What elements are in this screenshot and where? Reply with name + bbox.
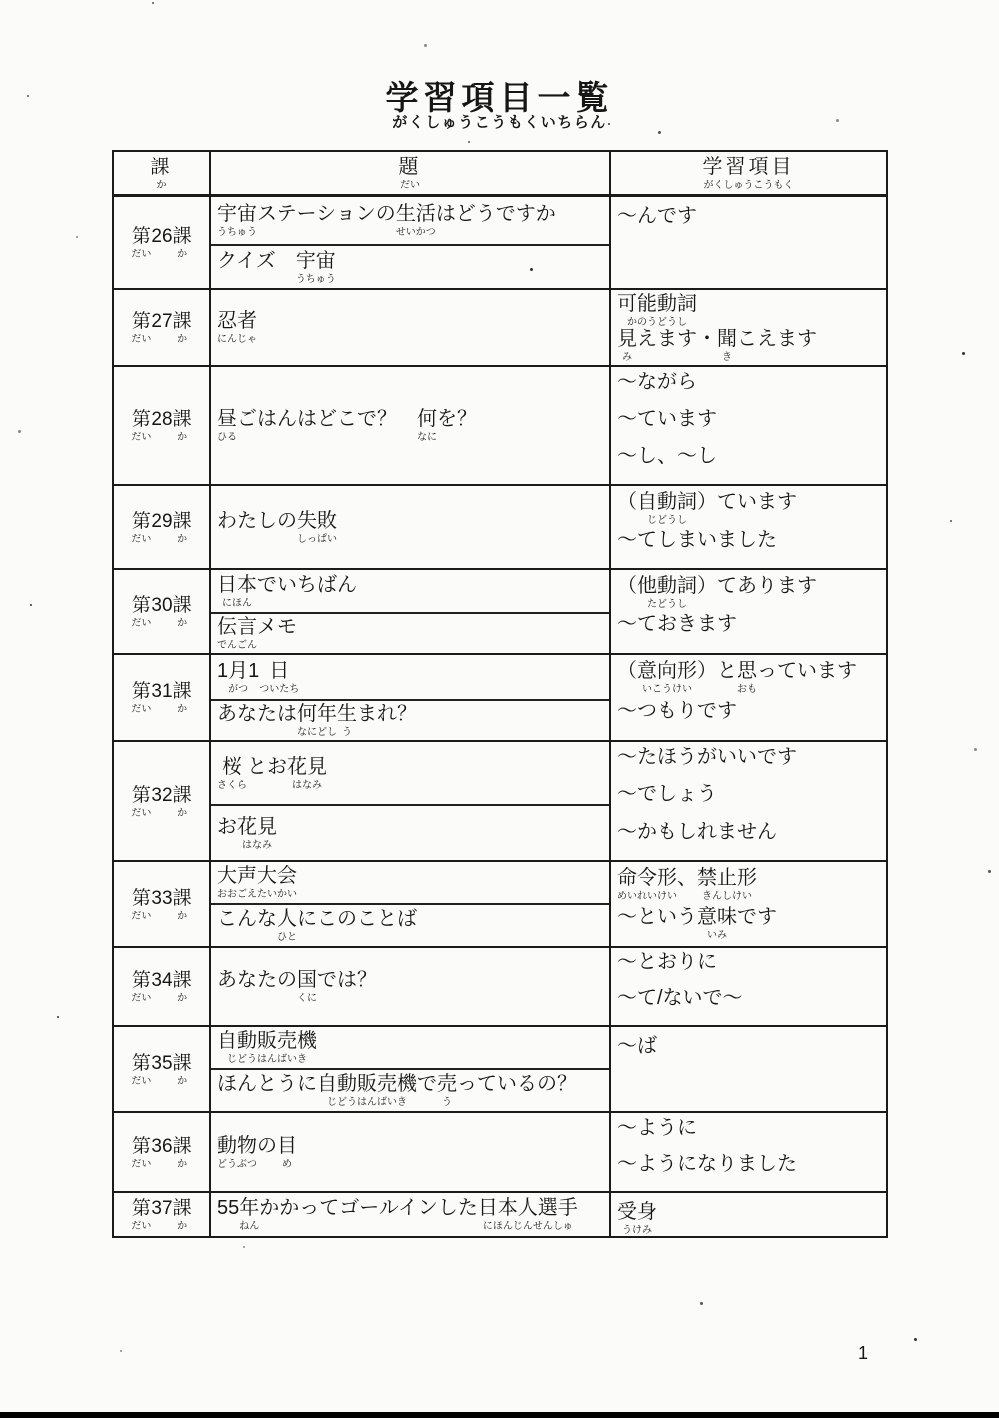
base-text: 日 xyxy=(269,660,289,683)
furigana: だい xyxy=(131,808,151,819)
furigana: きんしけい xyxy=(702,891,752,902)
furigana: せいかつ xyxy=(396,227,436,238)
text-segment: ～ば xyxy=(617,1035,657,1070)
base-text: 37 xyxy=(151,1197,172,1220)
base-text: 国 xyxy=(297,969,317,992)
base-text: 第 xyxy=(132,310,151,333)
furigana: う xyxy=(442,1097,452,1108)
title-subrow: こんな人ひとにこのことば xyxy=(211,903,609,946)
items-cell: （他動詞たどうし）てあります～ておきます xyxy=(611,570,886,653)
base-text: 第 xyxy=(132,887,151,910)
base-text: 33 xyxy=(151,887,172,910)
furigana: はなみ xyxy=(292,780,322,791)
text-segment: 聞き xyxy=(717,328,737,363)
base-text: です xyxy=(737,906,777,929)
base-text: 命令形 xyxy=(617,867,677,890)
lesson-cell: 第だい35課か xyxy=(114,1027,211,1111)
text-segment: 課か xyxy=(150,156,172,191)
text-segment: 37 xyxy=(151,1197,172,1232)
text-segment: はどうですか xyxy=(436,203,556,238)
base-text: でいちばん xyxy=(257,574,357,597)
base-text: 課 xyxy=(173,408,192,431)
text-segment: 第だい xyxy=(131,225,151,260)
text-segment: 月がつ xyxy=(228,660,248,695)
furigana: ついたち xyxy=(259,684,299,695)
text-segment: 55 xyxy=(217,1197,239,1232)
text-segment: 可能動詞かのうどうし xyxy=(617,293,697,328)
text-segment: 日本人選手にほんじんせんしゅ xyxy=(478,1197,578,1232)
base-text: 日本人選手 xyxy=(478,1197,578,1220)
base-text: 聞 xyxy=(717,328,737,351)
text-segment: 思おも xyxy=(737,660,757,695)
table-row: 第だい30課か日本にほんでいちばん伝言でんごんメモ（他動詞たどうし）てあります～… xyxy=(114,570,886,655)
learning-item: ～ておきます xyxy=(617,613,882,648)
furigana: ねん xyxy=(239,1221,259,1232)
table-row: 第だい27課か忍者にんじゃ可能動詞かのうどうし見みえます・聞きこえます xyxy=(114,290,886,367)
furigana: くに xyxy=(297,993,317,1004)
furigana: か xyxy=(177,1159,187,1170)
scan-speck xyxy=(914,1338,917,1341)
text-segment: ～つもりです xyxy=(617,700,737,735)
text-segment: ～ながら xyxy=(617,371,697,406)
lesson-cell: 第だい34課か xyxy=(114,948,211,1025)
text-segment: の xyxy=(257,1135,277,1170)
furigana: じどうはんばいき xyxy=(227,1054,307,1065)
text-segment: 、 xyxy=(677,867,697,902)
header-learning-items-column: 学習項目がくしゅうこうもく xyxy=(611,152,886,194)
text-segment: 第だい xyxy=(131,1052,151,1087)
furigana: でんごん xyxy=(217,640,257,651)
text-segment: 課か xyxy=(173,1197,192,1232)
text-segment: 売う xyxy=(437,1073,457,1108)
furigana: か xyxy=(177,432,187,443)
title-subrow: あなたは何年なにどし生うまれ？ xyxy=(211,699,609,740)
furigana: どうぶつ xyxy=(217,1159,257,1170)
text-segment: 課か xyxy=(173,510,192,545)
lesson-cell: 第だい31課か xyxy=(114,655,211,740)
base-text: 26 xyxy=(151,225,172,248)
text-segment: 受身うけみ xyxy=(617,1201,657,1236)
learning-item: （他動詞たどうし）てあります xyxy=(617,575,882,610)
header-title-column: 題だい xyxy=(211,152,611,194)
scan-speck xyxy=(468,141,470,143)
lesson-cell: 第だい29課か xyxy=(114,486,211,568)
base-text: 課 xyxy=(173,680,192,703)
text-segment: 自動販売機じどうはんばいき xyxy=(217,1030,317,1065)
text-segment: 1 xyxy=(248,660,259,695)
base-text: 花見 xyxy=(237,816,277,839)
text-segment: 課か xyxy=(173,408,192,443)
base-text: 自動販売機 xyxy=(317,1073,417,1096)
text-segment: で xyxy=(417,1073,437,1108)
base-text: 大声大会 xyxy=(217,865,297,888)
base-text: 花見 xyxy=(287,756,327,779)
scan-speck xyxy=(243,1246,245,1248)
base-text: 29 xyxy=(151,510,172,533)
table-row: 第だい32課か桜さくらとお花見はなみお花見はなみ～たほうがいいです～でしょう～か… xyxy=(114,742,886,862)
text-segment: を？ xyxy=(437,408,477,443)
base-text: ～かもしれません xyxy=(617,821,777,844)
text-segment: 日ついたち xyxy=(259,660,299,695)
base-text: えます・ xyxy=(637,328,717,351)
page-number: 1 xyxy=(858,1343,868,1364)
learning-item: 見みえます・聞きこえます xyxy=(617,328,882,363)
base-text: 題 xyxy=(399,156,422,179)
base-text: ～ようになりました xyxy=(617,1153,797,1176)
lesson-cell: 第だい28課か xyxy=(114,367,211,484)
text-segment: 課か xyxy=(173,887,192,922)
base-text: 月 xyxy=(228,660,248,683)
title-cell: 桜さくらとお花見はなみお花見はなみ xyxy=(211,742,611,860)
base-text: 第 xyxy=(132,1052,151,1075)
furigana: だい xyxy=(131,1159,151,1170)
furigana: か xyxy=(177,808,187,819)
items-cell: ～んです xyxy=(611,197,886,288)
learning-item: ～ようになりました xyxy=(617,1153,882,1188)
lesson-cell: 第だい27課か xyxy=(114,290,211,365)
base-text: 課 xyxy=(150,156,172,179)
title-subrow: 桜さくらとお花見はなみ xyxy=(211,742,609,804)
learning-item: ～ば xyxy=(617,1035,882,1070)
base-text: ～とおりに xyxy=(617,951,717,974)
text-segment: っています xyxy=(757,660,857,695)
text-segment: 29 xyxy=(151,510,172,545)
base-text: っています xyxy=(757,660,857,683)
furigana: だい xyxy=(400,180,420,191)
text-segment: お xyxy=(217,816,237,851)
title-subrow: 自動販売機じどうはんばいき xyxy=(211,1027,609,1068)
scan-speck xyxy=(30,604,32,606)
title-subrow: ほんとうに自動販売機じどうはんばいきで売うっているの？ xyxy=(211,1068,609,1111)
base-text: ～ように xyxy=(617,1117,697,1140)
text-segment: ～てしまいました xyxy=(617,529,777,564)
title-subrow: 忍者にんじゃ xyxy=(211,290,609,365)
title-cell: 55年ねんかかってゴールインした日本人選手にほんじんせんしゅ xyxy=(211,1193,611,1236)
base-text: 課 xyxy=(173,1197,192,1220)
learning-item: ～とおりに xyxy=(617,951,882,986)
base-text: 思 xyxy=(737,660,757,683)
base-text: 動物 xyxy=(217,1135,257,1158)
base-text: ～つもりです xyxy=(617,700,737,723)
table-row: 第だい35課か自動販売機じどうはんばいきほんとうに自動販売機じどうはんばいきで売… xyxy=(114,1027,886,1113)
text-segment: 何年なにどし xyxy=(297,703,337,738)
furigana: だい xyxy=(131,1221,151,1232)
base-text: 自動販売機 xyxy=(217,1030,317,1053)
learning-item: ～つもりです xyxy=(617,700,882,735)
furigana: か xyxy=(177,249,187,260)
base-text: 意向形 xyxy=(637,660,697,683)
base-text: 27 xyxy=(151,310,172,333)
furigana: しっぱい xyxy=(297,534,337,545)
text-segment: 36 xyxy=(151,1135,172,1170)
table-header-row: 課か題だい学習項目がくしゅうこうもく xyxy=(114,152,886,197)
text-segment: 禁止形きんしけい xyxy=(697,867,757,902)
text-segment: 桜さくら xyxy=(217,756,247,791)
table-row: 第だい34課かあなたの国くにでは？～とおりに～て/ないで～ xyxy=(114,948,886,1027)
furigana: み xyxy=(622,352,632,363)
base-text: 1 xyxy=(217,660,228,683)
text-segment: （ xyxy=(617,575,637,610)
furigana: だい xyxy=(131,704,151,715)
base-text: 昼 xyxy=(217,408,237,431)
furigana: がつ xyxy=(228,684,248,695)
title-cell: 1月がつ1日ついたちあなたは何年なにどし生うまれ？ xyxy=(211,655,611,740)
text-segment: 28 xyxy=(151,408,172,443)
base-text: ごはんはどこで？ xyxy=(237,408,417,431)
base-text: 人 xyxy=(277,908,297,931)
text-segment: 第だい xyxy=(131,310,151,345)
text-segment: 第だい xyxy=(131,784,151,819)
learning-item: 可能動詞かのうどうし xyxy=(617,293,882,328)
text-segment: 動物どうぶつ xyxy=(217,1135,257,1170)
base-text: 第 xyxy=(132,680,151,703)
title-cell: 宇宙うちゅうステーションの生活せいかつはどうですかクイズ 宇宙うちゅう xyxy=(211,197,611,288)
base-text: はどうですか xyxy=(436,203,556,226)
furigana: かのうどうし xyxy=(627,317,687,328)
scan-speck xyxy=(950,520,952,522)
base-text: 32 xyxy=(151,784,172,807)
items-cell: 可能動詞かのうどうし見みえます・聞きこえます xyxy=(611,290,886,365)
text-segment: ～ておきます xyxy=(617,613,737,648)
furigana: にほん xyxy=(222,598,252,609)
lesson-cell: 第だい26課か xyxy=(114,197,211,288)
text-segment: 課か xyxy=(173,680,192,715)
base-text: こんな xyxy=(217,908,277,931)
title-cell: 忍者にんじゃ xyxy=(211,290,611,365)
base-text: こえます xyxy=(737,328,817,351)
base-text: ～ておきます xyxy=(617,613,737,636)
text-segment: 題だい xyxy=(399,156,422,191)
title-subrow: わたしの失敗しっぱい xyxy=(211,486,609,568)
base-text: ）ています xyxy=(697,491,797,514)
furigana: だい xyxy=(131,334,151,345)
furigana: にんじゃ xyxy=(217,334,257,345)
base-text: にこのことば xyxy=(297,908,417,931)
text-segment: 年ねん xyxy=(239,1197,259,1232)
base-text: ～たほうがいいです xyxy=(617,746,797,769)
furigana: うちゅう xyxy=(217,227,257,238)
title-subrow: 日本にほんでいちばん xyxy=(211,570,609,612)
text-segment: ）ています xyxy=(697,491,797,526)
furigana: き xyxy=(722,352,732,363)
learning-item: 受身うけみ xyxy=(617,1201,882,1236)
base-text: 34 xyxy=(151,969,172,992)
title-cell: 動物どうぶつの目め xyxy=(211,1113,611,1191)
base-text: ほんとうに xyxy=(217,1073,317,1096)
furigana: か xyxy=(177,618,187,629)
text-segment: こんな xyxy=(217,908,277,943)
scan-speck xyxy=(27,95,29,97)
base-text: 学習項目 xyxy=(703,156,795,179)
text-segment: 目め xyxy=(277,1135,297,1170)
base-text: ～ば xyxy=(617,1035,657,1058)
title-subrow: 動物どうぶつの目め xyxy=(211,1113,609,1191)
title-cell: 昼ひるごはんはどこで？ 何なにを？ xyxy=(211,367,611,484)
base-text: ～ています xyxy=(617,408,717,431)
scanned-page: 学習項目一覧 がくしゅうこうもくいちらん 課か題だい学習項目がくしゅうこうもく第… xyxy=(0,0,999,1418)
text-segment: ～ようになりました xyxy=(617,1153,797,1188)
base-text: 課 xyxy=(173,784,192,807)
text-segment: 32 xyxy=(151,784,172,819)
text-segment: ）てあります xyxy=(697,575,817,610)
base-text: 1 xyxy=(248,660,259,683)
base-text: 課 xyxy=(173,594,192,617)
base-text: 見 xyxy=(617,328,637,351)
title-subrow: 1月がつ1日ついたち xyxy=(211,655,609,699)
text-segment: ～ように xyxy=(617,1117,697,1152)
base-text: ～という xyxy=(617,906,697,929)
title-subrow: 伝言でんごんメモ xyxy=(211,612,609,653)
base-text: 第 xyxy=(132,225,151,248)
text-segment: ～ています xyxy=(617,408,717,443)
furigana: めいれいけい xyxy=(617,891,677,902)
base-text: 第 xyxy=(132,1197,151,1220)
learning-item: ～かもしれません xyxy=(617,821,882,856)
furigana: じどうはんばいき xyxy=(327,1097,407,1108)
base-text: では？ xyxy=(317,969,377,992)
base-text: 何年 xyxy=(297,703,337,726)
table-row: 第だい36課か動物どうぶつの目め～ように～ようになりました xyxy=(114,1113,886,1193)
base-text: 、 xyxy=(677,867,697,890)
title-cell: 大声大会おおごえたいかいこんな人ひとにこのことば xyxy=(211,862,611,946)
text-segment: 大声大会おおごえたいかい xyxy=(217,865,297,900)
base-text: 28 xyxy=(151,408,172,431)
base-text: 30 xyxy=(151,594,172,617)
base-text: 伝言 xyxy=(217,616,257,639)
items-cell: ～ば xyxy=(611,1027,886,1111)
title-subrow: クイズ 宇宙うちゅう xyxy=(211,244,609,288)
text-segment: 第だい xyxy=(131,510,151,545)
furigana: おおごえたいかい xyxy=(217,889,297,900)
items-cell: （意向形いこうけい）と思おもっています～つもりです xyxy=(611,655,886,740)
base-text: 55 xyxy=(217,1197,239,1220)
base-text: まれ？ xyxy=(357,703,417,726)
furigana: か xyxy=(177,1076,187,1087)
base-text: （ xyxy=(617,491,637,514)
text-segment: 26 xyxy=(151,225,172,260)
base-text: あなたは xyxy=(217,703,297,726)
items-cell: 受身うけみ xyxy=(611,1193,886,1236)
text-segment: 第だい xyxy=(131,594,151,629)
learning-item: ～ように xyxy=(617,1117,882,1152)
base-text: クイズ xyxy=(217,250,296,273)
text-segment: ～かもしれません xyxy=(617,821,777,856)
table-row: 第だい33課か大声大会おおごえたいかいこんな人ひとにこのことば命令形めいれいけい… xyxy=(114,862,886,948)
scan-speck xyxy=(988,870,991,873)
furigana: さくら xyxy=(217,780,247,791)
base-text: 売 xyxy=(437,1073,457,1096)
learning-item: ～でしょう xyxy=(617,783,882,818)
learning-item: ～ながら xyxy=(617,371,882,406)
scan-speck xyxy=(424,44,427,47)
scan-speck xyxy=(18,430,21,433)
title-subrow: 大声大会おおごえたいかい xyxy=(211,862,609,903)
text-segment: こえます xyxy=(737,328,817,363)
learning-item: ～てしまいました xyxy=(617,529,882,564)
base-text: （ xyxy=(617,575,637,598)
text-segment: 34 xyxy=(151,969,172,1004)
furigana: か xyxy=(177,704,187,715)
text-segment: ～んです xyxy=(617,205,697,240)
title-subrow: 55年ねんかかってゴールインした日本人選手にほんじんせんしゅ xyxy=(211,1193,609,1236)
text-segment: かかってゴールインした xyxy=(259,1197,478,1232)
text-segment: 課か xyxy=(173,594,192,629)
text-segment: 生う xyxy=(337,703,357,738)
furigana: ひと xyxy=(277,932,297,943)
base-text: 宇宙 xyxy=(217,203,257,226)
base-text: ）てあります xyxy=(697,575,817,598)
text-segment: ほんとうに xyxy=(217,1073,317,1108)
text-segment: 生活せいかつ xyxy=(396,203,436,238)
base-text: 生 xyxy=(337,703,357,726)
text-segment: ～でしょう xyxy=(617,783,717,818)
text-segment: 課か xyxy=(173,1135,192,1170)
furigana: はなみ xyxy=(242,840,272,851)
text-segment: 命令形めいれいけい xyxy=(617,867,677,902)
text-segment: まれ？ xyxy=(357,703,417,738)
text-segment: ～し、～し xyxy=(617,445,717,480)
scan-speck xyxy=(962,352,965,355)
furigana: だい xyxy=(131,432,151,443)
furigana: か xyxy=(177,1221,187,1232)
base-text: ～てしまいました xyxy=(617,529,777,552)
learning-item: ～という意味いみです xyxy=(617,906,882,941)
text-segment: 意味いみ xyxy=(697,906,737,941)
furigana: だい xyxy=(131,911,151,922)
text-segment: ～とおりに xyxy=(617,951,717,986)
lesson-cell: 第だい30課か xyxy=(114,570,211,653)
base-text: 課 xyxy=(173,1135,192,1158)
text-segment: 自動販売機じどうはんばいき xyxy=(317,1073,417,1108)
base-text: 課 xyxy=(173,310,192,333)
text-segment: ステーションの xyxy=(257,203,396,238)
items-cell: ～ながら～ています～し、～し xyxy=(611,367,886,484)
text-segment: 課か xyxy=(173,1052,192,1087)
learning-item: ～て/ないで～ xyxy=(617,987,882,1022)
scan-speck xyxy=(530,268,533,271)
text-segment: （ xyxy=(617,660,637,695)
base-text: 31 xyxy=(151,680,172,703)
base-text: 課 xyxy=(173,969,192,992)
items-cell: （自動詞じどうし）ています～てしまいました xyxy=(611,486,886,568)
base-text: 目 xyxy=(277,1135,297,1158)
text-segment: 意向形いこうけい xyxy=(637,660,697,695)
text-segment: 日本にほん xyxy=(217,574,257,609)
furigana: なに xyxy=(417,432,437,443)
furigana: か xyxy=(156,180,166,191)
text-segment: 第だい xyxy=(131,408,151,443)
scan-edge-strip xyxy=(0,1412,999,1418)
base-text: あなたの xyxy=(217,969,297,992)
text-segment: でいちばん xyxy=(257,574,357,609)
base-text: 課 xyxy=(173,887,192,910)
furigana: だい xyxy=(131,993,151,1004)
table-row: 第だい26課か宇宙うちゅうステーションの生活せいかつはどうですかクイズ 宇宙うち… xyxy=(114,197,886,290)
items-cell: ～たほうがいいです～でしょう～かもしれません xyxy=(611,742,886,860)
table-row: 第だい37課か55年ねんかかってゴールインした日本人選手にほんじんせんしゅ受身う… xyxy=(114,1193,886,1236)
furigana: にほんじんせんしゅ xyxy=(483,1221,573,1232)
text-segment: ごはんはどこで？ xyxy=(237,408,417,443)
base-text: 日本 xyxy=(217,574,257,597)
text-segment: ～て/ないで～ xyxy=(617,987,743,1022)
base-text: 生活 xyxy=(396,203,436,226)
text-segment: 課か xyxy=(173,784,192,819)
base-text: っているの？ xyxy=(457,1073,577,1096)
base-text: 失敗 xyxy=(297,510,337,533)
text-segment: 課か xyxy=(173,310,192,345)
scan-speck xyxy=(658,131,661,134)
text-segment: 国くに xyxy=(297,969,317,1004)
